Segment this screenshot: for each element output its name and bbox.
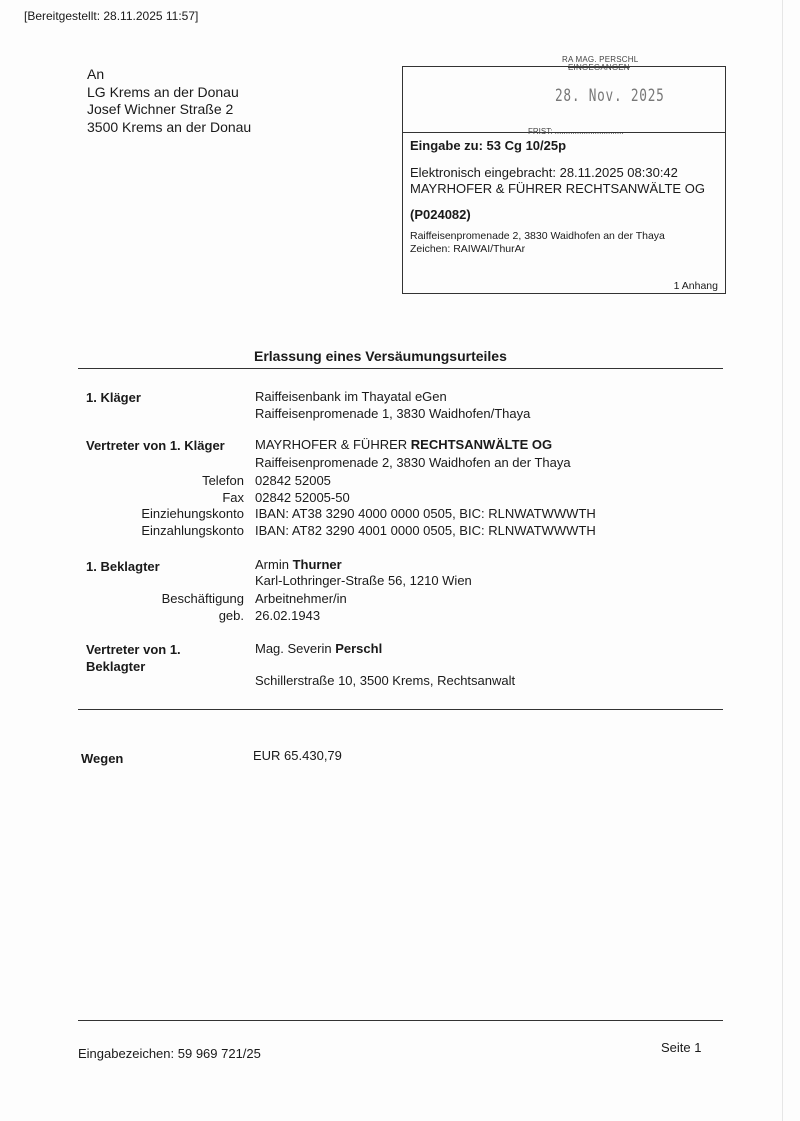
field-label: geb. [74,607,244,624]
field-label: Telefon [74,472,244,489]
field-label: Einziehungskonto [74,505,244,522]
defendant-name: Armin Thurner [255,556,342,573]
defendant-rep-last-name: Perschl [335,641,382,656]
plaintiff-rep-name-regular: MAYRHOFER & FÜHRER [255,437,411,452]
recipient-line: An [87,66,251,84]
firm-code: (P024082) [410,207,722,222]
attachments-count: 1 Anhang [674,280,718,292]
recipient-line: LG Krems an der Donau [87,84,251,102]
divider [78,1020,723,1021]
defendant-rep-name: Mag. Severin Perschl [255,640,382,657]
regarding-amount: EUR 65.430,79 [253,747,342,764]
defendant-first-name: Armin [255,557,293,572]
plaintiff-name: Raiffeisenbank im Thayatal eGen [255,388,447,405]
defendant-last-name: Thurner [293,557,342,572]
divider [78,368,723,369]
recipient-line: 3500 Krems an der Donau [87,119,251,137]
stamp-deadline: FRIST: ............................... [528,127,624,136]
field-value: 02842 52005-50 [255,489,350,506]
field-value: IBAN: AT38 3290 4000 0000 0505, BIC: RLN… [255,505,596,522]
plaintiff-address: Raiffeisenpromenade 1, 3830 Waidhofen/Th… [255,405,530,422]
divider [78,709,723,710]
defendant-address: Karl-Lothringer-Straße 56, 1210 Wien [255,572,472,589]
defendant-rep-label-line1: Vertreter von 1. [86,642,181,657]
field-label: Einzahlungskonto [74,522,244,539]
stamp-received-label: EINGEGANGEN [568,63,630,72]
reference-sign: Zeichen: RAIWAI/ThurAr [410,243,722,256]
firm-name: MAYRHOFER & FÜHRER RECHTSANWÄLTE OG [410,181,722,197]
document-title: Erlassung eines Versäumungsurteiles [254,348,507,364]
submission-timestamp: Elektronisch eingebracht: 28.11.2025 08:… [410,165,722,181]
stamp-date: 28. Nov. 2025 [555,86,665,106]
defendant-label: 1. Beklagter [86,559,160,574]
field-label: Beschäftigung [74,590,244,607]
defendant-rep-first-name: Mag. Severin [255,641,335,656]
regarding-label: Wegen [81,751,123,766]
field-value: Arbeitnehmer/in [255,590,347,607]
field-value: 26.02.1943 [255,607,320,624]
defendant-rep-address: Schillerstraße 10, 3500 Krems, Rechtsanw… [255,672,515,689]
firm-address: Raiffeisenpromenade 2, 3830 Waidhofen an… [410,230,722,243]
filing-box-content: Eingabe zu: 53 Cg 10/25p Elektronisch ei… [410,138,722,256]
submission-reference: Eingabezeichen: 59 969 721/25 [78,1046,261,1061]
defendant-rep-label-line2: Beklagter [86,659,145,674]
recipient-address: An LG Krems an der Donau Josef Wichner S… [87,66,251,136]
field-value: IBAN: AT82 3290 4001 0000 0505, BIC: RLN… [255,522,596,539]
field-value: 02842 52005 [255,472,331,489]
plaintiff-label: 1. Kläger [86,390,141,405]
page-number: Seite 1 [661,1040,701,1055]
plaintiff-rep-label: Vertreter von 1. Kläger [86,438,225,453]
provided-timestamp: [Bereitgestellt: 28.11.2025 11:57] [24,9,198,23]
page-edge [782,0,783,1121]
plaintiff-rep-name: MAYRHOFER & FÜHRER RECHTSANWÄLTE OG [255,436,552,453]
plaintiff-rep-name-bold: RECHTSANWÄLTE OG [411,437,552,452]
field-label: Fax [74,489,244,506]
case-number: Eingabe zu: 53 Cg 10/25p [410,138,722,153]
plaintiff-rep-address: Raiffeisenpromenade 2, 3830 Waidhofen an… [255,454,571,471]
recipient-line: Josef Wichner Straße 2 [87,101,251,119]
